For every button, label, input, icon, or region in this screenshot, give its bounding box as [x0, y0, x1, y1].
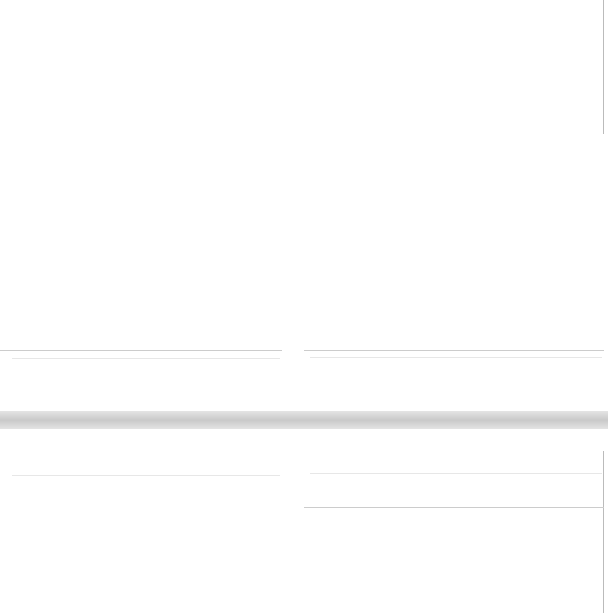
printed-page-4 — [0, 429, 608, 613]
divider — [310, 357, 602, 358]
divider — [304, 507, 604, 508]
divider — [0, 350, 282, 351]
tech-row-continued — [12, 455, 280, 476]
divider — [304, 350, 604, 351]
page-break — [0, 411, 608, 429]
printed-page-3 — [0, 0, 608, 403]
scrollbar[interactable] — [603, 451, 604, 613]
divider — [310, 473, 602, 474]
scrollbar[interactable] — [603, 0, 604, 134]
divider — [12, 358, 280, 359]
